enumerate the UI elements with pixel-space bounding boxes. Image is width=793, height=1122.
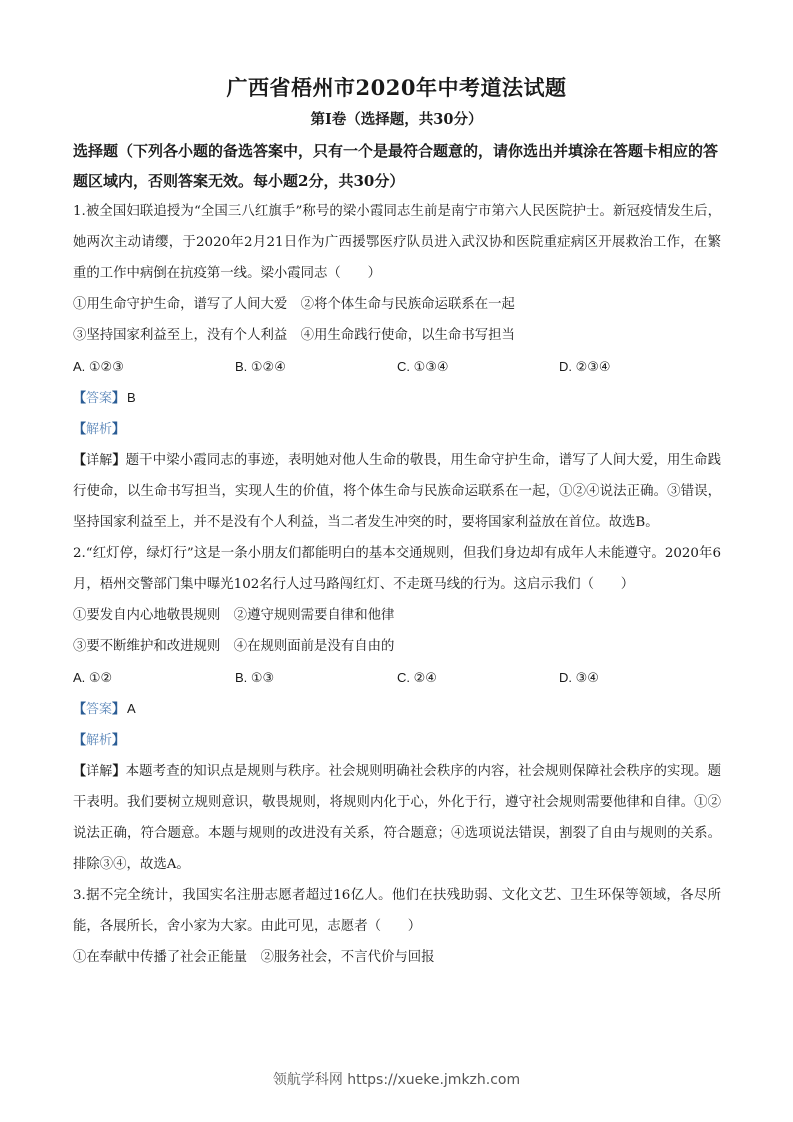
question-3: 3.据不完全统计，我国实名注册志愿者超过16亿人。他们在扶残助弱、文化文艺、卫生… xyxy=(73,880,721,973)
answer-tag: 【答案】B xyxy=(73,382,721,414)
option-d: D. ③④ xyxy=(559,662,721,693)
detail-label: 详解 xyxy=(86,764,112,779)
question-statement: ①要发自内心地敬畏规则 ②遵守规则需要自律和他律 xyxy=(73,600,721,631)
answer-label: 答案 xyxy=(86,391,112,406)
answer-options: A. ①②③ B. ①②④ C. ①③④ D. ②③④ xyxy=(73,351,721,382)
answer-value: A xyxy=(127,701,136,716)
bracket-close: 】 xyxy=(112,733,125,748)
question-statement: ③要不断维护和改进规则 ④在规则面前是没有自由的 xyxy=(73,631,721,662)
option-c: C. ①③④ xyxy=(397,351,559,382)
option-d: D. ②③④ xyxy=(559,351,721,382)
answer-value: B xyxy=(127,390,136,405)
bracket-open: 【 xyxy=(73,391,86,406)
document-body: 选择题（下列各小题的备选答案中，只有一个是最符合题意的，请你选出并填涂在答题卡相… xyxy=(73,136,721,973)
analysis-label: 解析 xyxy=(86,733,112,748)
question-stem: 3.据不完全统计，我国实名注册志愿者超过16亿人。他们在扶残助弱、文化文艺、卫生… xyxy=(73,880,721,942)
question-statement: ①用生命守护生命，谱写了人间大爱 ②将个体生命与民族命运联系在一起 xyxy=(73,289,721,320)
option-b: B. ①③ xyxy=(235,662,397,693)
analysis-tag: 【解析】 xyxy=(73,725,721,756)
detail-explanation: 【详解】本题考查的知识点是规则与秩序。社会规则明确社会秩序的内容，社会规则保障社… xyxy=(73,756,721,880)
answer-label: 答案 xyxy=(86,702,112,717)
bracket-close: 】 xyxy=(112,764,125,779)
bracket-open: 【 xyxy=(73,702,86,717)
question-statement: ③坚持国家利益至上，没有个人利益 ④用生命践行使命，以生命书写担当 xyxy=(73,320,721,351)
page-footer-watermark: 领航学科网 https://xueke.jmkzh.com xyxy=(0,1069,793,1089)
bracket-close: 】 xyxy=(112,391,125,406)
answer-tag: 【答案】A xyxy=(73,693,721,725)
option-c: C. ②④ xyxy=(397,662,559,693)
bracket-open: 【 xyxy=(73,422,86,437)
detail-text: 题干中梁小霞同志的事迹，表明她对他人生命的敬畏，用生命守护生命，谱写了人间大爱，… xyxy=(73,453,721,530)
document-title: 广西省梧州市2020年中考道法试题 xyxy=(0,72,793,102)
bracket-close: 】 xyxy=(112,453,125,468)
detail-label: 详解 xyxy=(86,453,112,468)
detail-explanation: 【详解】题干中梁小霞同志的事迹，表明她对他人生命的敬畏，用生命守护生命，谱写了人… xyxy=(73,445,721,538)
section-subtitle: 第Ⅰ卷（选择题，共30分） xyxy=(0,108,793,129)
analysis-tag: 【解析】 xyxy=(73,414,721,445)
section-instructions: 选择题（下列各小题的备选答案中，只有一个是最符合题意的，请你选出并填涂在答题卡相… xyxy=(73,136,721,196)
option-a: A. ①② xyxy=(73,662,235,693)
answer-options: A. ①② B. ①③ C. ②④ D. ③④ xyxy=(73,662,721,693)
bracket-close: 】 xyxy=(112,702,125,717)
bracket-open: 【 xyxy=(73,764,86,779)
bracket-close: 】 xyxy=(112,422,125,437)
question-1: 1.被全国妇联追授为“全国三八红旗手”称号的梁小霞同志生前是南宁市第六人民医院护… xyxy=(73,196,721,538)
bracket-open: 【 xyxy=(73,733,86,748)
option-a: A. ①②③ xyxy=(73,351,235,382)
question-statement: ①在奉献中传播了社会正能量 ②服务社会，不言代价与回报 xyxy=(73,942,721,973)
detail-text: 本题考查的知识点是规则与秩序。社会规则明确社会秩序的内容，社会规则保障社会秩序的… xyxy=(73,764,721,872)
question-stem: 1.被全国妇联追授为“全国三八红旗手”称号的梁小霞同志生前是南宁市第六人民医院护… xyxy=(73,196,721,289)
bracket-open: 【 xyxy=(73,453,86,468)
document-page: 广西省梧州市2020年中考道法试题 第Ⅰ卷（选择题，共30分） 选择题（下列各小… xyxy=(0,0,793,1122)
question-stem: 2.“红灯停，绿灯行”这是一条小朋友们都能明白的基本交通规则，但我们身边却有成年… xyxy=(73,538,721,600)
option-b: B. ①②④ xyxy=(235,351,397,382)
question-2: 2.“红灯停，绿灯行”这是一条小朋友们都能明白的基本交通规则，但我们身边却有成年… xyxy=(73,538,721,880)
analysis-label: 解析 xyxy=(86,422,112,437)
